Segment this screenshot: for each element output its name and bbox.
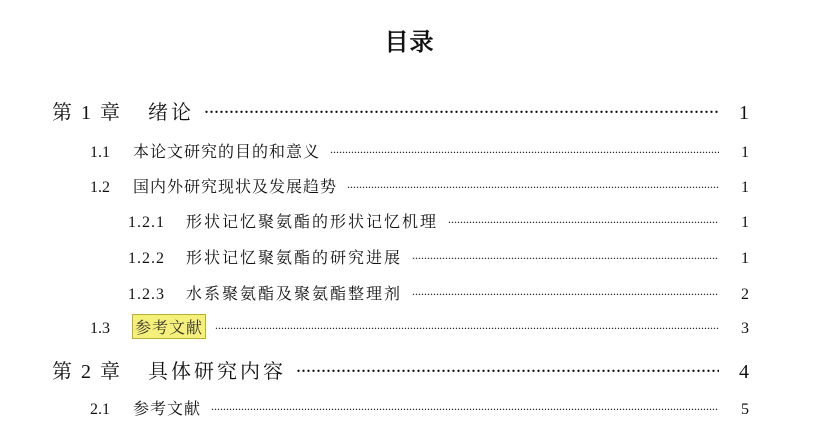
toc-entry-text: 本论文研究的目的和意义: [133, 139, 320, 162]
dot-leader: [448, 213, 719, 227]
toc-entry-number: 第 1 章: [52, 96, 148, 125]
toc-entry-text: 形状记忆聚氨酯的形状记忆机理: [186, 209, 438, 232]
toc-entry-page: 1: [729, 144, 749, 162]
dot-leader: [204, 99, 719, 119]
dot-leader: [215, 319, 719, 333]
toc-entry-text: 参考文献: [133, 396, 201, 419]
toc-entry-page: 1: [729, 102, 749, 125]
toc-entry-number: 1.2.1: [128, 214, 186, 232]
toc-entry-number: 1.2.2: [128, 250, 186, 268]
toc-entry-text: 绪论: [148, 96, 194, 125]
toc-entry-text: 形状记忆聚氨酯的研究进展: [186, 245, 402, 268]
toc-entry-1-3[interactable]: 1.3 参考文献 3: [90, 315, 749, 338]
toc-entry-2-1[interactable]: 2.1 参考文献 5: [90, 396, 749, 419]
toc-entry-page: 1: [729, 250, 749, 268]
dot-leader: [412, 249, 719, 263]
toc-title: 目录: [0, 22, 819, 57]
toc-entry-1-2-3[interactable]: 1.2.3 水系聚氨酯及聚氨酯整理剂 2: [128, 281, 749, 304]
toc-entry-1-2[interactable]: 1.2 国内外研究现状及发展趋势 1: [90, 174, 749, 197]
toc-entry-number: 1.2.3: [128, 286, 186, 304]
toc-entry-page: 1: [729, 214, 749, 232]
toc-entry-page: 4: [729, 361, 749, 384]
toc-entry-number: 第 2 章: [52, 355, 148, 384]
toc-entry-number: 1.1: [90, 144, 133, 162]
toc-entry-chapter-2[interactable]: 第 2 章 具体研究内容 4: [52, 355, 749, 384]
dot-leader: [412, 285, 719, 299]
toc-entry-page: 5: [729, 401, 749, 419]
toc-entry-1-1[interactable]: 1.1 本论文研究的目的和意义 1: [90, 139, 749, 162]
toc-entry-1-2-1[interactable]: 1.2.1 形状记忆聚氨酯的形状记忆机理 1: [128, 209, 749, 232]
toc-entry-1-2-2[interactable]: 1.2.2 形状记忆聚氨酯的研究进展 1: [128, 245, 749, 268]
dot-leader: [347, 178, 719, 192]
toc-entry-chapter-1[interactable]: 第 1 章 绪论 1: [52, 96, 749, 125]
toc-entry-text: 水系聚氨酯及聚氨酯整理剂: [186, 281, 402, 304]
toc-entry-text: 国内外研究现状及发展趋势: [133, 174, 337, 197]
dot-leader: [211, 400, 719, 414]
toc-entry-page: 1: [729, 179, 749, 197]
toc-entry-number: 2.1: [90, 401, 133, 419]
toc-entry-page: 2: [729, 286, 749, 304]
toc-entry-text: 具体研究内容: [148, 355, 286, 384]
toc-entry-text-highlighted[interactable]: 参考文献: [133, 315, 205, 338]
toc-entry-page: 3: [729, 320, 749, 338]
toc-entry-number: 1.3: [90, 320, 133, 338]
toc-entry-number: 1.2: [90, 179, 133, 197]
dot-leader: [296, 358, 719, 378]
dot-leader: [330, 143, 719, 157]
